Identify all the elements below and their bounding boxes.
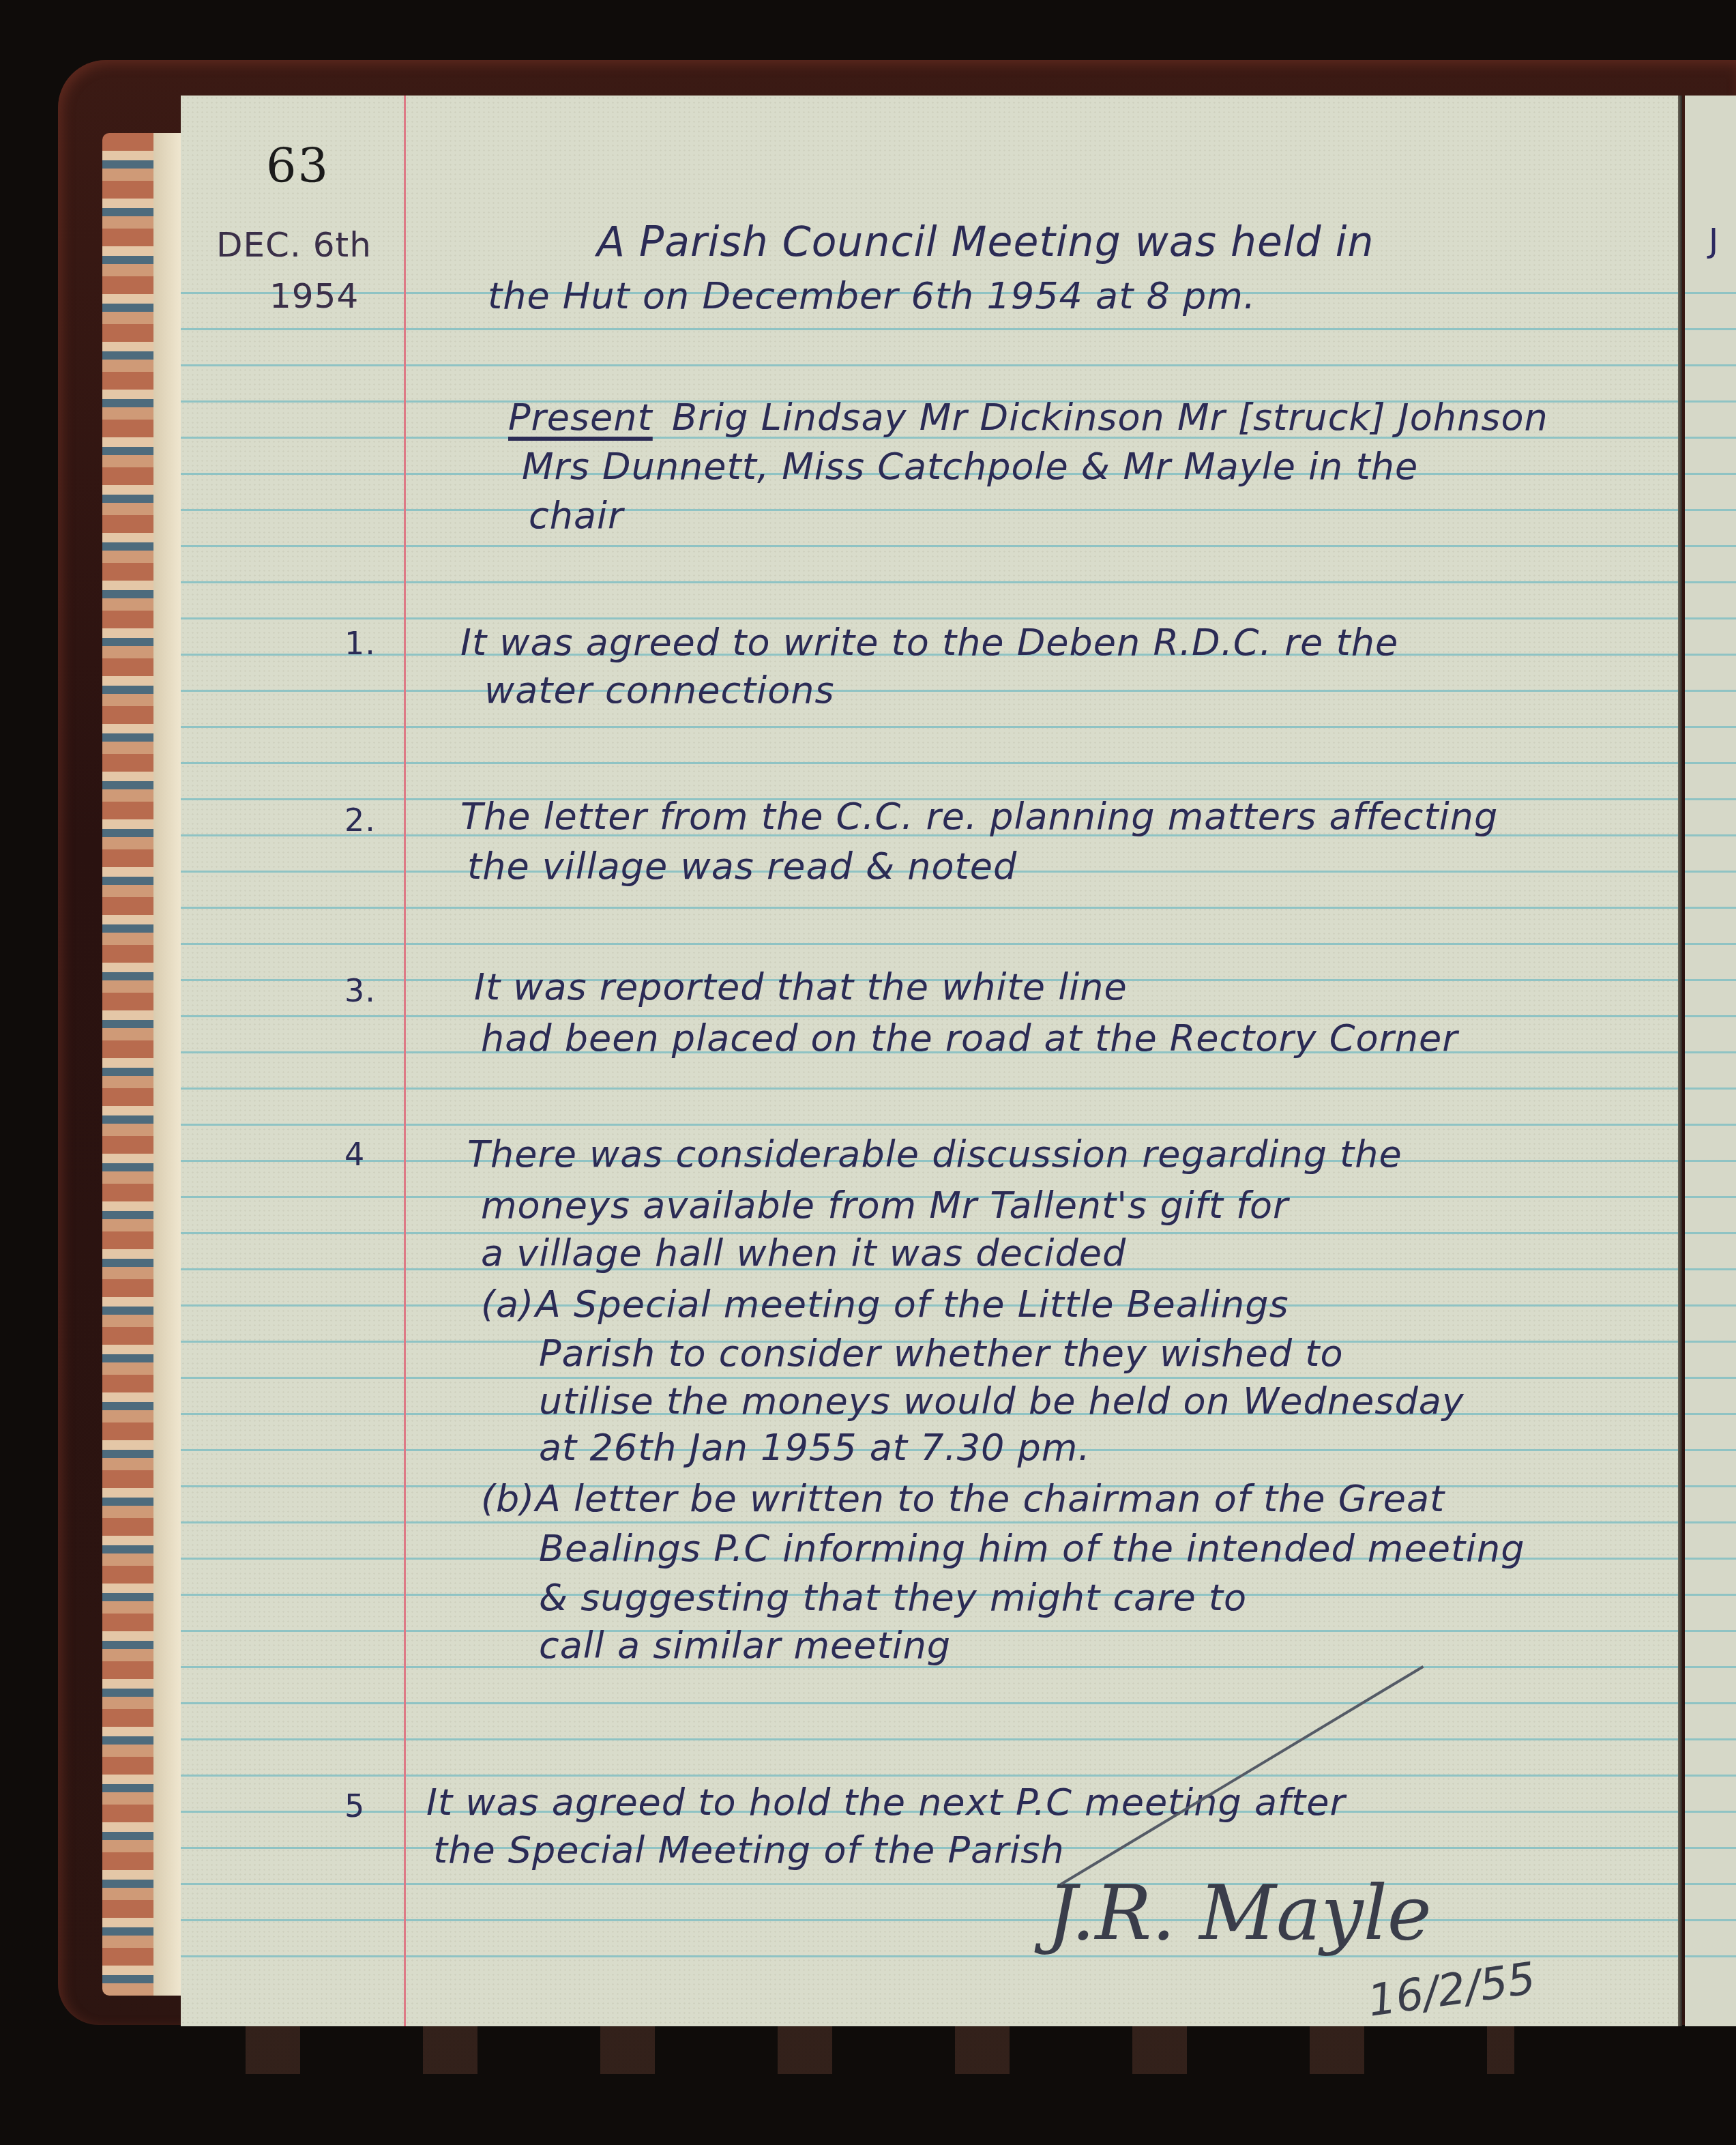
margin-date-day: DEC. 6th — [216, 225, 372, 265]
item-4b-label: (b) — [481, 1477, 535, 1520]
item-number-1: 1. — [344, 625, 376, 662]
page-gutter — [1678, 96, 1682, 2026]
chairman-signature: J.R. Mayle — [1047, 1869, 1432, 1957]
item-3-line-1: It was reported that the white line — [474, 965, 1128, 1008]
item-number-5: 5 — [344, 1787, 365, 1824]
item-4a-line-3: utilise the moneys would be held on Wedn… — [539, 1380, 1465, 1422]
item-4a-line-4: at 26th Jan 1955 at 7.30 pm. — [539, 1426, 1091, 1469]
marbled-page-edges — [102, 133, 181, 1996]
facing-page: J — [1685, 96, 1736, 2026]
item-4a-line-1: A Special meeting of the Little Bealings — [535, 1283, 1289, 1326]
attendance-label: Present — [508, 396, 653, 439]
item-4a-label: (a) — [481, 1283, 534, 1326]
page-number: 63 — [266, 138, 329, 194]
item-number-3: 3. — [344, 972, 376, 1009]
item-4b-line-1: A letter be written to the chairman of t… — [535, 1477, 1445, 1520]
item-4-line-1: There was considerable discussion regard… — [467, 1133, 1402, 1176]
notebook-page: 63 DEC. 6th 1954 A Parish Council Meetin… — [181, 96, 1681, 2026]
item-4b-line-2: Bealings P.C informing him of the intend… — [539, 1527, 1525, 1570]
red-margin-line — [404, 96, 406, 2026]
heading-line-2: the Hut on December 6th 1954 at 8 pm. — [488, 274, 1256, 317]
margin-date-year: 1954 — [269, 276, 359, 316]
rule-lines — [181, 258, 1681, 1964]
item-4-line-2: moneys available from Mr Tallent's gift … — [481, 1184, 1289, 1227]
item-4-line-3: a village hall when it was decided — [481, 1231, 1126, 1274]
cover-frayed-edge — [218, 2019, 1514, 2074]
item-4a-line-2: Parish to consider whether they wished t… — [539, 1332, 1343, 1375]
item-number-2: 2. — [344, 802, 376, 838]
item-2-line-2: the village was read & noted — [467, 845, 1017, 888]
item-3-line-2: had been placed on the road at the Recto… — [481, 1017, 1458, 1060]
item-2-line-1: The letter from the C.C. re. planning ma… — [460, 795, 1498, 838]
item-4b-line-4: call a similar meeting — [539, 1624, 951, 1667]
facing-page-letter: J — [1709, 222, 1718, 260]
facing-page-rule-lines — [1685, 258, 1736, 1964]
attendance-line-3: chair — [529, 494, 623, 537]
item-number-4: 4 — [344, 1136, 365, 1173]
item-5-line-1: It was agreed to hold the next P.C meeti… — [426, 1781, 1346, 1824]
item-1-line-1: It was agreed to write to the Deben R.D.… — [460, 621, 1398, 664]
item-5-line-2: the Special Meeting of the Parish — [433, 1828, 1065, 1871]
attendance-line-1: Brig Lindsay Mr Dickinson Mr [struck] Jo… — [672, 396, 1548, 439]
item-4b-line-3: & suggesting that they might care to — [539, 1576, 1247, 1619]
item-1-line-2: water connections — [484, 669, 835, 712]
attendance-line-2: Mrs Dunnett, Miss Catchpole & Mr Mayle i… — [522, 445, 1418, 488]
signature-date: 16/2/55 — [1365, 1953, 1539, 2027]
heading-line-1: A Parish Council Meeting was held in — [597, 218, 1374, 266]
